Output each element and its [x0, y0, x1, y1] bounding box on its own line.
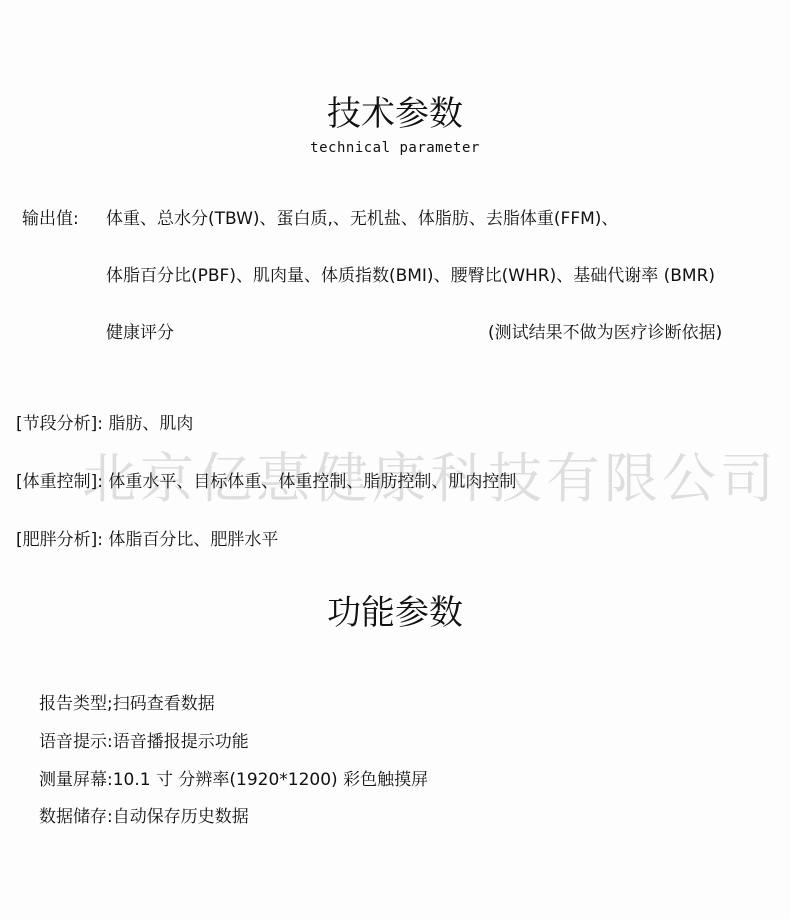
tech-params-subtitle: technical parameter — [0, 140, 790, 156]
output-line-3: 健康评分 — [106, 318, 174, 343]
func-item-storage: 数据储存:自动保存历史数据 — [39, 802, 249, 827]
obesity-analysis: [肥胖分析]: 体脂百分比、肥胖水平 — [16, 525, 278, 550]
disclaimer: (测试结果不做为医疗诊断依据) — [488, 318, 722, 343]
func-item-report: 报告类型;扫码查看数据 — [39, 689, 215, 714]
output-line-1: 体重、总水分(TBW)、蛋白质,、无机盐、体脂肪、去脂体重(FFM)、 — [106, 204, 618, 229]
func-params-title: 功能参数 — [0, 585, 790, 634]
weight-control: [体重控制]: 体重水平、目标体重、体重控制、脂肪控制、肌肉控制 — [16, 467, 516, 492]
output-label: 输出值: — [22, 204, 79, 229]
func-item-screen: 测量屏幕:10.1 寸 分辨率(1920*1200) 彩色触摸屏 — [39, 765, 428, 790]
tech-params-title: 技术参数 — [0, 86, 790, 135]
output-line-2: 体脂百分比(PBF)、肌肉量、体质指数(BMI)、腰臀比(WHR)、基础代谢率 … — [106, 261, 715, 286]
func-item-voice: 语音提示:语音播报提示功能 — [39, 727, 249, 752]
segment-analysis: [节段分析]: 脂肪、肌肉 — [16, 409, 193, 434]
